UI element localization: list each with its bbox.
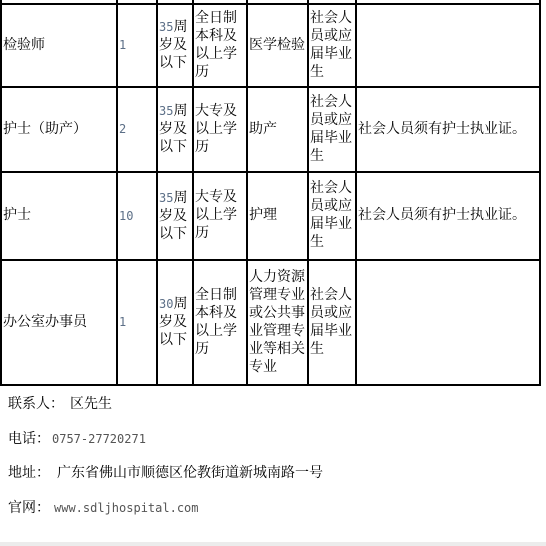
cell-major: 助产 bbox=[247, 87, 308, 172]
count-value: 1 bbox=[119, 315, 126, 329]
table-row: 检验师 1 35周岁及以下 全日制本科及以上学历 医学检验 社会人员或应届毕业生 bbox=[1, 4, 540, 87]
count-value: 1 bbox=[119, 38, 126, 52]
cell-note bbox=[356, 4, 540, 87]
recruitment-table: 检验师 1 35周岁及以下 全日制本科及以上学历 医学检验 社会人员或应届毕业生… bbox=[0, 0, 541, 386]
cell-count: 2 bbox=[117, 87, 157, 172]
count-value: 10 bbox=[119, 209, 133, 223]
address-label: 地址： bbox=[8, 466, 50, 481]
phone-line: 电话：0757-27720271 bbox=[8, 430, 538, 449]
table-row: 办公室办事员 1 30周岁及以下 全日制本科及以上学历 人力资源管理专业或公共事… bbox=[1, 260, 540, 385]
cell-source: 社会人员或应届毕业生 bbox=[308, 260, 356, 385]
bottom-divider bbox=[0, 542, 546, 546]
age-number: 35 bbox=[159, 104, 173, 118]
cell-education: 大专及以上学历 bbox=[193, 172, 247, 260]
cell-education: 全日制本科及以上学历 bbox=[193, 260, 247, 385]
cell-source: 社会人员或应届毕业生 bbox=[308, 172, 356, 260]
age-number: 30 bbox=[159, 297, 173, 311]
website-label: 官网： bbox=[8, 501, 50, 516]
phone-value: 0757-27720271 bbox=[52, 432, 146, 446]
contact-person-line: 联系人：区先生 bbox=[8, 396, 538, 414]
cell-note bbox=[356, 260, 540, 385]
website-line: 官网：www.sdljhospital.com bbox=[8, 499, 538, 518]
age-number: 35 bbox=[159, 191, 173, 205]
contact-person-value: 区先生 bbox=[70, 397, 112, 412]
count-value: 2 bbox=[119, 122, 126, 136]
cell-education: 大专及以上学历 bbox=[193, 87, 247, 172]
cell-major: 护理 bbox=[247, 172, 308, 260]
cell-source: 社会人员或应届毕业生 bbox=[308, 4, 356, 87]
cell-count: 1 bbox=[117, 4, 157, 87]
cell-age: 35周岁及以下 bbox=[157, 4, 193, 87]
cell-major: 人力资源管理专业或公共事业管理专业等相关专业 bbox=[247, 260, 308, 385]
cell-education: 全日制本科及以上学历 bbox=[193, 4, 247, 87]
cell-count: 10 bbox=[117, 172, 157, 260]
table-row: 护士（助产） 2 35周岁及以下 大专及以上学历 助产 社会人员或应届毕业生 社… bbox=[1, 87, 540, 172]
cell-position: 检验师 bbox=[1, 4, 117, 87]
contact-info: 联系人：区先生 电话：0757-27720271 地址：广东省佛山市顺德区伦教街… bbox=[8, 396, 538, 534]
table-row: 护士 10 35周岁及以下 大专及以上学历 护理 社会人员或应届毕业生 社会人员… bbox=[1, 172, 540, 260]
cell-source: 社会人员或应届毕业生 bbox=[308, 87, 356, 172]
address-line: 地址：广东省佛山市顺德区伦教街道新城南路一号 bbox=[8, 465, 538, 483]
contact-person-label: 联系人： bbox=[8, 397, 64, 412]
cell-position: 办公室办事员 bbox=[1, 260, 117, 385]
cell-major: 医学检验 bbox=[247, 4, 308, 87]
cell-count: 1 bbox=[117, 260, 157, 385]
cell-age: 30周岁及以下 bbox=[157, 260, 193, 385]
cell-note: 社会人员须有护士执业证。 bbox=[356, 87, 540, 172]
cell-age: 35周岁及以下 bbox=[157, 172, 193, 260]
website-value: www.sdljhospital.com bbox=[54, 501, 199, 515]
address-value: 广东省佛山市顺德区伦教街道新城南路一号 bbox=[57, 466, 323, 481]
cell-position: 护士（助产） bbox=[1, 87, 117, 172]
age-number: 35 bbox=[159, 20, 173, 34]
phone-label: 电话： bbox=[8, 432, 50, 447]
cell-position: 护士 bbox=[1, 172, 117, 260]
cell-note: 社会人员须有护士执业证。 bbox=[356, 172, 540, 260]
cell-age: 35周岁及以下 bbox=[157, 87, 193, 172]
